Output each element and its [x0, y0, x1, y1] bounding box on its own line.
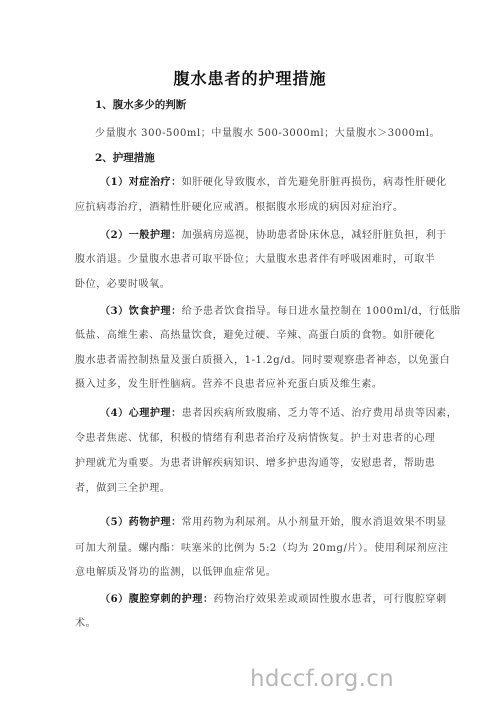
paragraph-1-line-2: 应抗病毒治疗，酒精性肝硬化应戒酒。根据腹水形成的病因对症治疗。	[75, 198, 404, 213]
paragraph-3-line-3: 腹水患者需控制热量及蛋白质摄入，1-1.2g/d。同时要观察患者神态，以免蛋白	[75, 351, 450, 366]
paragraph-2-line-3: 卧位，必要时吸氧。	[75, 275, 170, 290]
paragraph-4-line-2: 令患者焦虑、忧郁，积极的情绪有利患者治疗及病情恢复。护士对患者的心理	[75, 429, 435, 444]
paragraph-6-line-1: （6）腹腔穿刺的护理：药物治疗效果差或顽固性腹水患者，可行腹腔穿刺	[100, 590, 447, 605]
paragraph-2-line-1: （2）一般护理：加强病房巡视，协助患者卧床休息，减轻肝脏负担，利于	[100, 226, 447, 241]
paragraph-3-label: （3）饮食护理：	[100, 306, 182, 317]
paragraph-6-line-2: 术。	[75, 614, 96, 629]
section1-text: 少量腹水 300-500ml；中量腹水 500-3000ml；大量腹水＞3000…	[95, 124, 440, 139]
paragraph-3-line-4: 摄入过多，发生肝性脑病。营养不良患者应补充蛋白质及维生素。	[75, 375, 382, 390]
paragraph-4-label: （4）心理护理：	[100, 408, 182, 419]
document-title: 腹水患者的护理措施	[0, 66, 500, 89]
paragraph-5-label: （5）药物护理：	[100, 517, 182, 528]
paragraph-4-line-1: （4）心理护理：患者因疾病所致腹痛、乏力等不适、治疗费用昂贵等因素，	[100, 404, 457, 419]
paragraph-5-line-1: （5）药物护理：常用药物为利尿剂。从小剂量开始，腹水消退效果不明显	[100, 513, 447, 528]
paragraph-3-line-1: （3）饮食护理：给予患者饮食指导。每日进水量控制在 1000ml/d，行低脂	[100, 302, 461, 317]
paragraph-5-line-3: 意电解质及肾功的监测，以低钾血症常见。	[75, 563, 276, 578]
document-page: 腹水患者的护理措施 1、腹水多少的判断 少量腹水 300-500ml；中量腹水 …	[0, 0, 500, 707]
paragraph-3-line-2: 低盐、高维生素、高热量饮食，避免过硬、辛辣、高蛋白质的食物。如肝硬化	[75, 326, 435, 341]
paragraph-2-label: （2）一般护理：	[100, 230, 182, 241]
paragraph-5-line-2: 可加大剂量。螺内酯：呋塞米的比例为 5:2（均为 20mg/片）。使用利尿剂应注	[75, 539, 448, 554]
paragraph-1-label: （1）对症治疗：	[100, 177, 182, 188]
section-heading-2: 2、护理措施	[95, 150, 155, 165]
paragraph-6-label: （6）腹腔穿刺的护理：	[100, 594, 214, 605]
paragraph-4-line-3: 护理就尤为重要。为患者讲解疾病知识、增多护患沟通等，安慰患者，帮助患	[75, 454, 435, 469]
watermark-text: hdccf.org.cn	[250, 666, 394, 692]
section-heading-1: 1、腹水多少的判断	[95, 97, 186, 112]
paragraph-2-line-2: 腹水消退。少量腹水患者可取平卧位；大量腹水患者伴有呼吸困难时，可取半	[75, 250, 435, 265]
paragraph-1-line-1: （1）对症治疗：如肝硬化导致腹水，首先避免肝脏再损伤，病毒性肝硬化	[100, 173, 447, 188]
paragraph-4-line-4: 者，做到三全护理。	[75, 479, 170, 494]
